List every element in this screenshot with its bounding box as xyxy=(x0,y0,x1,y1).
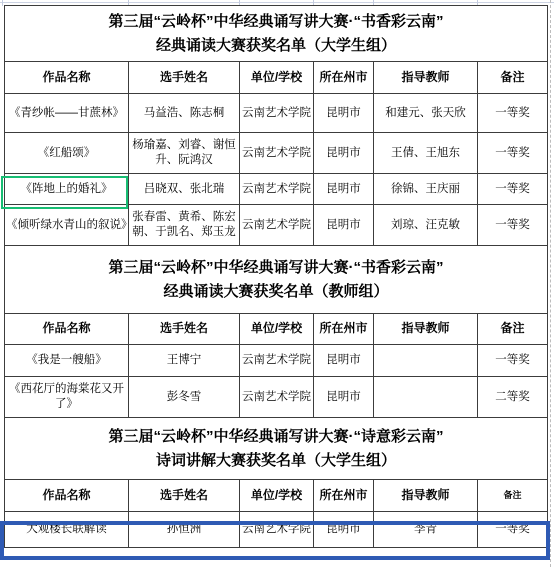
table-row: 《青纱帐——甘蔗林》 马益浩、陈志桐 云南艺术学院 昆明市 和建元、张天欣 一等… xyxy=(5,94,548,133)
column-header-city[interactable]: 所在州市 xyxy=(314,480,374,512)
cell-contestant[interactable]: 杨瑜嘉、刘睿、谢恒升、阮鸿汉 xyxy=(129,133,240,174)
column-header-remark[interactable]: 备注 xyxy=(478,62,548,94)
header-row: 作品名称 选手姓名 单位/学校 所在州市 指导教师 备注 xyxy=(5,62,548,94)
table-title-cell[interactable]: 第三届“云岭杯”中华经典诵写讲大赛·“书香彩云南” 经典诵读大赛获奖名单（教师组… xyxy=(5,246,548,314)
table-title-cell[interactable]: 第三届“云岭杯”中华经典诵写讲大赛·“书香彩云南” 经典诵读大赛获奖名单（大学生… xyxy=(5,6,548,62)
cell-work[interactable]: 《青纱帐——甘蔗林》 xyxy=(5,94,129,133)
cell-award[interactable]: 一等奖 xyxy=(478,512,548,548)
cell-school[interactable]: 云南艺术学院 xyxy=(240,174,314,205)
table-title-line2: 诗词讲解大赛获奖名单（大学生组） xyxy=(6,449,546,472)
column-header-city[interactable]: 所在州市 xyxy=(314,314,374,345)
cell-city[interactable]: 昆明市 xyxy=(314,174,374,205)
cell-work[interactable]: 《我是一艘船》 xyxy=(5,345,129,377)
cell-award[interactable]: 一等奖 xyxy=(478,94,548,133)
table-title-line1: 第三届“云岭杯”中华经典诵写讲大赛·“诗意彩云南” xyxy=(6,425,546,448)
table-title-cell[interactable]: 第三届“云岭杯”中华经典诵写讲大赛·“诗意彩云南” 诗词讲解大赛获奖名单（大学生… xyxy=(5,418,548,480)
column-header-remark[interactable]: 备注 xyxy=(478,480,548,512)
cell-contestant[interactable]: 吕晓双、张北瑞 xyxy=(129,174,240,205)
cell-award[interactable]: 一等奖 xyxy=(478,133,548,174)
cell-contestant[interactable]: 王博宁 xyxy=(129,345,240,377)
table-title-line1: 第三届“云岭杯”中华经典诵写讲大赛·“书香彩云南” xyxy=(6,10,546,33)
cell-work-selected[interactable]: 《阵地上的婚礼》 xyxy=(5,174,129,205)
page-break-dashed-line xyxy=(550,0,551,567)
cell-school[interactable]: 云南艺术学院 xyxy=(240,377,314,418)
cell-school[interactable]: 云南艺术学院 xyxy=(240,512,314,548)
sheet-gridline-tick xyxy=(2,0,3,6)
cell-work[interactable]: 大观楼长联解读 xyxy=(5,512,129,548)
column-header-work[interactable]: 作品名称 xyxy=(5,314,129,345)
table-row-highlighted: 大观楼长联解读 孙恒洲 云南艺术学院 昆明市 李青 一等奖 xyxy=(5,512,548,548)
sheet-gridline-horizontal xyxy=(0,2,554,3)
cell-contestant[interactable]: 彭冬雪 xyxy=(129,377,240,418)
cell-teacher[interactable]: 徐锦、王庆丽 xyxy=(374,174,478,205)
table-title-line2: 经典诵读大赛获奖名单（大学生组） xyxy=(6,34,546,57)
sheet-area: 第三届“云岭杯”中华经典诵写讲大赛·“书香彩云南” 经典诵读大赛获奖名单（大学生… xyxy=(4,5,547,548)
cell-school[interactable]: 云南艺术学院 xyxy=(240,345,314,377)
table-row: 《红船颂》 杨瑜嘉、刘睿、谢恒升、阮鸿汉 云南艺术学院 昆明市 王倩、王旭东 一… xyxy=(5,133,548,174)
cell-teacher[interactable] xyxy=(374,377,478,418)
cell-award[interactable]: 一等奖 xyxy=(478,205,548,246)
cell-city[interactable]: 昆明市 xyxy=(314,377,374,418)
header-row: 作品名称 选手姓名 单位/学校 所在州市 指导教师 备注 xyxy=(5,314,548,345)
column-header-contestant[interactable]: 选手姓名 xyxy=(129,62,240,94)
cell-teacher[interactable] xyxy=(374,345,478,377)
award-table-students-poetry: 第三届“云岭杯”中华经典诵写讲大赛·“诗意彩云南” 诗词讲解大赛获奖名单（大学生… xyxy=(4,417,548,548)
award-table-teachers-recitation: 第三届“云岭杯”中华经典诵写讲大赛·“书香彩云南” 经典诵读大赛获奖名单（教师组… xyxy=(4,245,548,418)
cell-city[interactable]: 昆明市 xyxy=(314,133,374,174)
cell-city[interactable]: 昆明市 xyxy=(314,512,374,548)
award-table-students-recitation: 第三届“云岭杯”中华经典诵写讲大赛·“书香彩云南” 经典诵读大赛获奖名单（大学生… xyxy=(4,5,548,246)
cell-work[interactable]: 《倾听绿水青山的叙说》 xyxy=(5,205,129,246)
column-header-teacher[interactable]: 指导教师 xyxy=(374,62,478,94)
column-header-teacher[interactable]: 指导教师 xyxy=(374,314,478,345)
column-header-school[interactable]: 单位/学校 xyxy=(240,62,314,94)
column-header-contestant[interactable]: 选手姓名 xyxy=(129,314,240,345)
table-row: 《西花厅的海棠花又开了》 彭冬雪 云南艺术学院 昆明市 二等奖 xyxy=(5,377,548,418)
table-row: 《我是一艘船》 王博宁 云南艺术学院 昆明市 一等奖 xyxy=(5,345,548,377)
cell-city[interactable]: 昆明市 xyxy=(314,94,374,133)
cell-teacher[interactable]: 和建元、张天欣 xyxy=(374,94,478,133)
table-row: 《阵地上的婚礼》 吕晓双、张北瑞 云南艺术学院 昆明市 徐锦、王庆丽 一等奖 xyxy=(5,174,548,205)
cell-contestant[interactable]: 张春雷、黄希、陈宏朝、于凯名、郑玉龙 xyxy=(129,205,240,246)
cell-teacher[interactable]: 刘琼、汪克敏 xyxy=(374,205,478,246)
cell-teacher[interactable]: 王倩、王旭东 xyxy=(374,133,478,174)
column-header-work[interactable]: 作品名称 xyxy=(5,480,129,512)
table-title-line2: 经典诵读大赛获奖名单（教师组） xyxy=(6,280,546,303)
header-row: 作品名称 选手姓名 单位/学校 所在州市 指导教师 备注 xyxy=(5,480,548,512)
table-title-line1: 第三届“云岭杯”中华经典诵写讲大赛·“书香彩云南” xyxy=(6,256,546,279)
cell-award[interactable]: 一等奖 xyxy=(478,345,548,377)
cell-city[interactable]: 昆明市 xyxy=(314,345,374,377)
cell-contestant[interactable]: 孙恒洲 xyxy=(129,512,240,548)
cell-school[interactable]: 云南艺术学院 xyxy=(240,94,314,133)
column-header-teacher[interactable]: 指导教师 xyxy=(374,480,478,512)
column-header-school[interactable]: 单位/学校 xyxy=(240,480,314,512)
cell-city[interactable]: 昆明市 xyxy=(314,205,374,246)
cell-school[interactable]: 云南艺术学院 xyxy=(240,133,314,174)
cell-teacher[interactable]: 李青 xyxy=(374,512,478,548)
table-row: 《倾听绿水青山的叙说》 张春雷、黄希、陈宏朝、于凯名、郑玉龙 云南艺术学院 昆明… xyxy=(5,205,548,246)
cell-award[interactable]: 二等奖 xyxy=(478,377,548,418)
column-header-remark[interactable]: 备注 xyxy=(478,314,548,345)
cell-contestant[interactable]: 马益浩、陈志桐 xyxy=(129,94,240,133)
column-header-work[interactable]: 作品名称 xyxy=(5,62,129,94)
column-header-contestant[interactable]: 选手姓名 xyxy=(129,480,240,512)
cell-work[interactable]: 《红船颂》 xyxy=(5,133,129,174)
column-header-school[interactable]: 单位/学校 xyxy=(240,314,314,345)
cell-award[interactable]: 一等奖 xyxy=(478,174,548,205)
cell-work[interactable]: 《西花厅的海棠花又开了》 xyxy=(5,377,129,418)
column-header-city[interactable]: 所在州市 xyxy=(314,62,374,94)
cell-school[interactable]: 云南艺术学院 xyxy=(240,205,314,246)
